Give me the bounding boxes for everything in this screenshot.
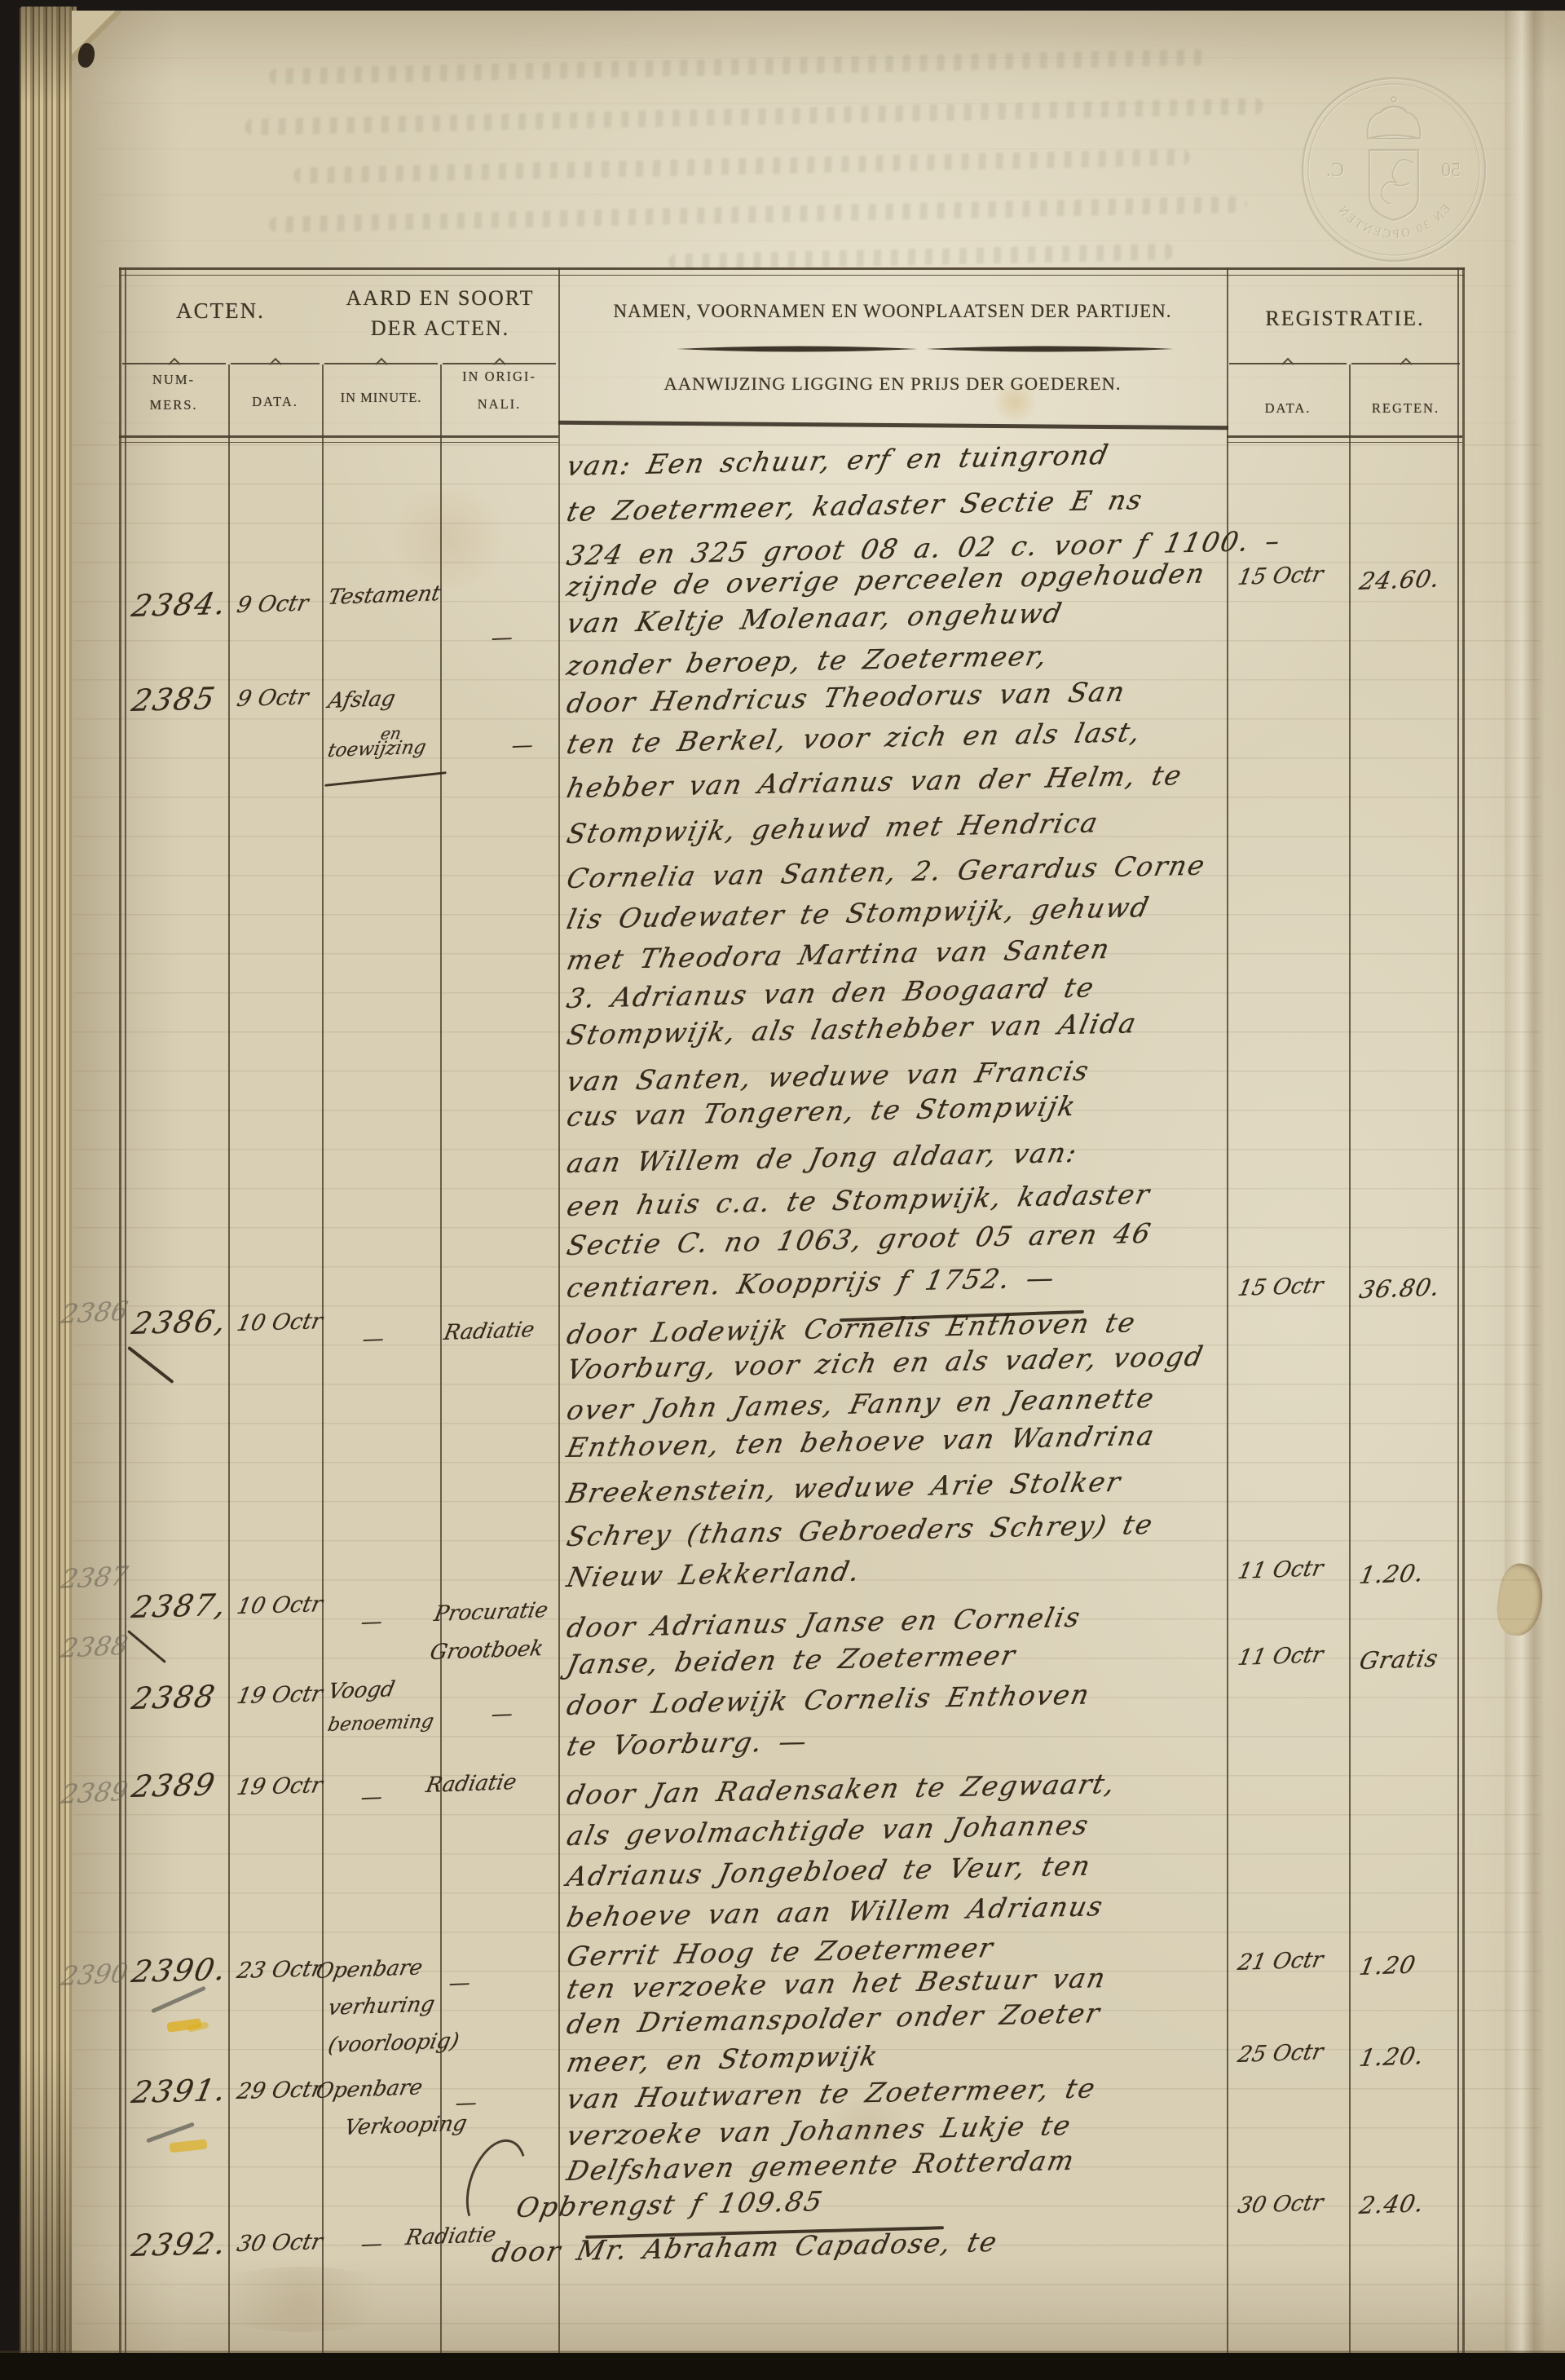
handwriting-line: 36.80. xyxy=(1357,1273,1443,1304)
handwriting-line: 29 Octr xyxy=(235,2077,324,2104)
handwriting-line: 10 Octr xyxy=(235,1309,324,1336)
embossed-revenue-seal: 50 C. EN 30 OPCENTEN xyxy=(1293,68,1495,271)
brace-rule xyxy=(1351,363,1460,364)
handwriting-line: 2390 xyxy=(59,1957,130,1992)
subheader-in-minute: IN MINUTE. xyxy=(322,390,440,406)
brace-rule xyxy=(443,363,556,364)
handwriting-line: Grootboek xyxy=(428,1636,545,1665)
handwriting-line: 15 Octr xyxy=(1236,562,1325,590)
handwriting-line: Opbrengst f 109.85 xyxy=(514,2185,827,2223)
handwriting-line: 11 Octr xyxy=(1236,1556,1325,1584)
brace-rule xyxy=(1229,363,1347,364)
seal-legend: EN 30 OPCENTEN xyxy=(1334,202,1453,241)
handwriting-line: 19 Octr xyxy=(235,1681,324,1709)
book-page-edges xyxy=(20,7,77,2357)
handwriting-line: 23 Octr xyxy=(235,1956,324,1984)
handwriting-line: 2387, xyxy=(129,1587,231,1625)
handwriting-line: Testament xyxy=(326,581,443,610)
column-header-namen: NAMEN, VOORNAMEN EN WOONPLAATSEN DER PAR… xyxy=(558,301,1227,322)
svg-text:EN 30 OPCENTEN: EN 30 OPCENTEN xyxy=(1334,202,1453,241)
brace-rule xyxy=(122,363,226,364)
column-header-acten: ACTEN. xyxy=(119,298,322,324)
subheader-reg-data: DATA. xyxy=(1227,400,1349,417)
handwriting-line: 30 Octr xyxy=(1236,2190,1325,2219)
handwriting-line: 2385 xyxy=(129,681,219,718)
handwriting-line: 2.40. xyxy=(1357,2189,1426,2219)
seal-currency: C. xyxy=(1326,160,1344,181)
seal-value: 50 xyxy=(1441,160,1461,181)
handwriting-line: 21 Octr xyxy=(1236,1947,1325,1976)
handwriting-line: 2389 xyxy=(129,1767,219,1804)
handwriting-line: 2384. xyxy=(129,586,231,624)
handwriting-line: 2386, xyxy=(129,1304,231,1341)
handwriting-line: 30 Octr xyxy=(235,2229,324,2257)
handwriting-line: (voorloopig) xyxy=(326,2029,461,2058)
column-header-registratie: REGISTRATIE. xyxy=(1227,307,1463,331)
handwriting-line: 10 Octr xyxy=(235,1592,324,1619)
handwriting-line: 2387 xyxy=(59,1560,130,1595)
column-header-aard-line2: DER ACTEN. xyxy=(322,316,558,341)
handwriting-line: 2391. xyxy=(129,2073,231,2110)
handwriting-line: toewijzing xyxy=(326,737,428,762)
handwriting-line: 1.20 xyxy=(1357,1950,1418,1980)
handwriting-line: Radiatie xyxy=(442,1318,536,1345)
handwriting-line: verhuring xyxy=(326,1992,437,2020)
handwriting-line: Verkooping xyxy=(342,2112,469,2140)
subheader-data: DATA. xyxy=(228,394,322,410)
handwriting-line: 9 Octr xyxy=(235,591,311,618)
handwriting-line: 25 Octr xyxy=(1236,2039,1325,2068)
header-swash xyxy=(677,342,1174,355)
handwriting-line: 24.60. xyxy=(1357,564,1443,595)
handwriting-line: 15 Octr xyxy=(1236,1273,1325,1301)
handwriting-line: Openbare xyxy=(314,1955,425,1984)
handwriting-line: 2388 xyxy=(129,1679,219,1716)
handwriting-line: Procuratie xyxy=(432,1598,550,1627)
brace-rule xyxy=(324,363,438,364)
handwriting-line: te Voorburg. — xyxy=(564,1725,811,1762)
handwriting-line: Afslag xyxy=(326,687,398,713)
handwriting-line: 2390. xyxy=(129,1952,231,1989)
scanned-register-page: 50 C. EN 30 OPCENTEN xyxy=(0,0,1565,2380)
subheader-nummers-line2: MERS. xyxy=(119,397,228,413)
subheader-in-originali-line1: IN ORIGI- xyxy=(440,369,558,385)
handwriting-line: 2389 xyxy=(59,1775,130,1810)
handwriting-line: 9 Octr xyxy=(235,685,311,712)
subheader-aanwijzing: AANWIJZING LIGGING EN PRIJS DER GOEDEREN… xyxy=(558,373,1227,395)
handwriting-line: meer, en Stompwijk xyxy=(564,2040,882,2078)
handwriting-line: 11 Octr xyxy=(1236,1642,1325,1671)
handwriting-line: 2386 xyxy=(59,1295,130,1330)
handwriting-line: 2388 xyxy=(59,1629,130,1664)
subheader-regten: REGTEN. xyxy=(1349,400,1462,417)
scan-bottom-edge xyxy=(0,2353,1565,2380)
handwriting-line: Nieuw Lekkerland. xyxy=(564,1555,864,1593)
handwriting-line: 19 Octr xyxy=(235,1773,324,1800)
handwriting-line: 1.20. xyxy=(1357,1559,1426,1589)
handwriting-line: 2392. xyxy=(129,2226,231,2263)
handwriting-line: 1.20. xyxy=(1357,2042,1426,2072)
subheader-nummers-line1: NUM- xyxy=(119,372,228,388)
handwriting-line: Voogd xyxy=(326,1677,397,1704)
column-header-aard-line1: AARD EN SOORT xyxy=(322,286,558,311)
stain xyxy=(196,2267,408,2332)
subheader-in-originali-line2: NALI. xyxy=(440,396,558,413)
handwriting-line: benoeming xyxy=(326,1711,435,1736)
brace-rule xyxy=(231,363,320,364)
handwriting-line: Gratis xyxy=(1357,1644,1441,1675)
stain xyxy=(383,489,514,587)
handwriting-line: Openbare xyxy=(314,2075,425,2104)
handwriting-line: Radiatie xyxy=(424,1770,518,1798)
